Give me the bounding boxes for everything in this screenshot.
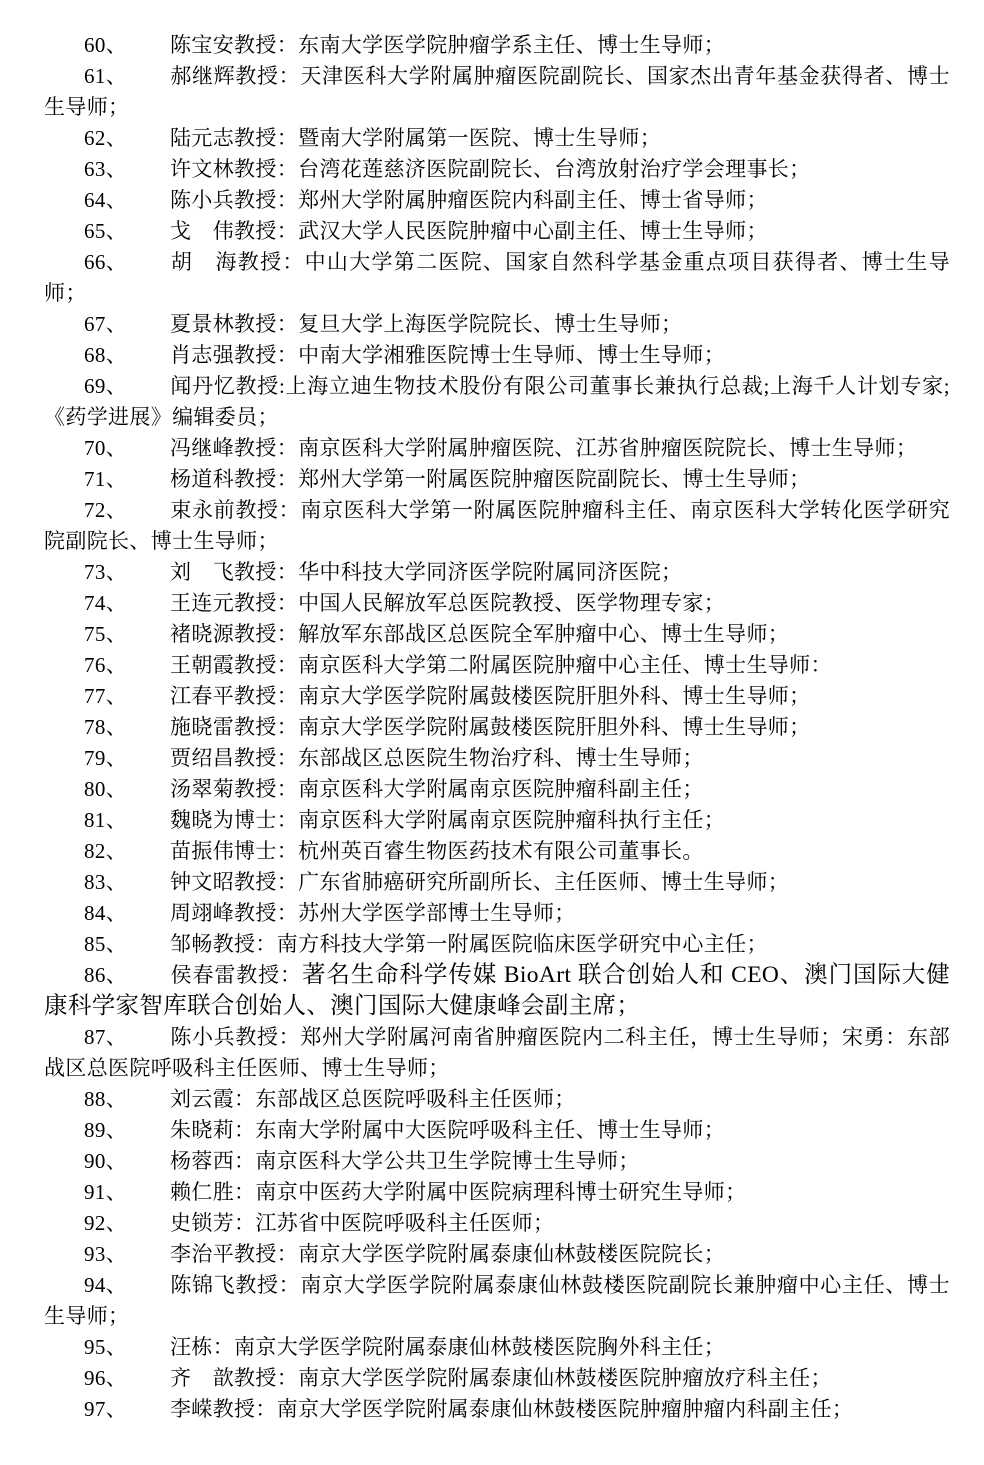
item-text-part: 侯春雷教授： xyxy=(170,963,302,987)
item-number: 65、 xyxy=(84,216,170,247)
item-number: 74、 xyxy=(84,588,170,619)
item-text-part: 赖仁胜：南京中医药大学附属中医院病理科博士研究生导师； xyxy=(170,1180,746,1204)
item-text: 陈锦飞教授：南京大学医学院附属泰康仙林鼓楼医院副院长兼肿瘤中心主任、博士生导师； xyxy=(44,1273,950,1328)
item-number: 76、 xyxy=(84,650,170,681)
list-item: 82、苗振伟博士：杭州英百睿生物医药技术有限公司董事长。 xyxy=(44,836,950,867)
item-number: 70、 xyxy=(84,433,170,464)
item-text: 江春平教授：南京大学医学院附属鼓楼医院肝胆外科、博士生导师； xyxy=(170,684,811,708)
item-number: 69、 xyxy=(84,371,170,402)
item-number: 81、 xyxy=(84,805,170,836)
list-item: 75、褚晓源教授：解放军东部战区总医院全军肿瘤中心、博士生导师； xyxy=(44,619,950,650)
item-text-part: 李嵘教授：南京大学医学院附属泰康仙林鼓楼医院肿瘤肿瘤内科副主任； xyxy=(170,1397,853,1421)
item-text-part: 冯继峰教授：南京医科大学附属肿瘤医院、江苏省肿瘤医院院长、博士生导师； xyxy=(170,436,917,460)
item-text-part: 褚晓源教授：解放军东部战区总医院全军肿瘤中心、博士生导师； xyxy=(170,622,789,646)
item-text: 苗振伟博士：杭州英百睿生物医药技术有限公司董事长。 xyxy=(170,839,704,863)
item-text-part: 戈 伟教授：武汉大学人民医院肿瘤中心副主任、博士生导师； xyxy=(170,219,768,243)
list-item: 83、钟文昭教授：广东省肺癌研究所副所长、主任医师、博士生导师； xyxy=(44,867,950,898)
item-text-part: 肖志强教授：中南大学湘雅医院博士生导师、博士生导师； xyxy=(170,343,725,367)
item-text: 陈宝安教授：东南大学医学院肿瘤学系主任、博士生导师； xyxy=(170,33,725,57)
item-number: 85、 xyxy=(84,929,170,960)
item-text-part: 陆元志教授：暨南大学附属第一医院、博士生导师； xyxy=(170,126,661,150)
list-item: 70、冯继峰教授：南京医科大学附属肿瘤医院、江苏省肿瘤医院院长、博士生导师； xyxy=(44,433,950,464)
item-text: 侯春雷教授：著名生命科学传媒 BioArt 联合创始人和 CEO、澳门国际大健康… xyxy=(44,963,950,1018)
document-page: 60、陈宝安教授：东南大学医学院肿瘤学系主任、博士生导师； 61、郝继辉教授：天… xyxy=(0,0,984,1465)
list-item: 74、王连元教授：中国人民解放军总医院教授、医学物理专家； xyxy=(44,588,950,619)
item-text-part: 汪栋：南京大学医学院附属泰康仙林鼓楼医院胸外科主任； xyxy=(170,1335,725,1359)
item-text: 史锁芳：江苏省中医院呼吸科主任医师； xyxy=(170,1211,554,1235)
list-item: 66、胡 海教授：中山大学第二医院、国家自然科学基金重点项目获得者、博士生导师； xyxy=(44,247,950,309)
item-text-part: 杨蓉西：南京医科大学公共卫生学院博士生导师； xyxy=(170,1149,640,1173)
item-text-part: 许文林教授：台湾花莲慈济医院副院长、台湾放射治疗学会理事长； xyxy=(170,157,811,181)
item-number: 91、 xyxy=(84,1177,170,1208)
item-text-part: 施晓雷教授：南京大学医学院附属鼓楼医院肝胆外科、博士生导师； xyxy=(170,715,811,739)
item-text: 陈小兵教授：郑州大学附属肿瘤医院内科副主任、博士省导师； xyxy=(170,188,768,212)
item-text: 冯继峰教授：南京医科大学附属肿瘤医院、江苏省肿瘤医院院长、博士生导师； xyxy=(170,436,917,460)
item-text-part: 魏晓为博士：南京医科大学附属南京医院肿瘤科执行主任； xyxy=(170,808,725,832)
item-text: 许文林教授：台湾花莲慈济医院副院长、台湾放射治疗学会理事长； xyxy=(170,157,811,181)
item-number: 97、 xyxy=(84,1394,170,1425)
item-number: 78、 xyxy=(84,712,170,743)
list-item: 69、闻丹忆教授:上海立迪生物技术股份有限公司董事长兼执行总裁;上海千人计划专家… xyxy=(44,371,950,433)
item-number: 88、 xyxy=(84,1084,170,1115)
item-number: 90、 xyxy=(84,1146,170,1177)
item-text-part: 史锁芳：江苏省中医院呼吸科主任医师； xyxy=(170,1211,554,1235)
professor-list: 60、陈宝安教授：东南大学医学院肿瘤学系主任、博士生导师； 61、郝继辉教授：天… xyxy=(44,30,950,1425)
list-item: 86、侯春雷教授：著名生命科学传媒 BioArt 联合创始人和 CEO、澳门国际… xyxy=(44,960,950,1022)
item-number: 66、 xyxy=(84,247,170,278)
item-text: 刘云霞：东部战区总医院呼吸科主任医师； xyxy=(170,1087,576,1111)
item-text: 杨蓉西：南京医科大学公共卫生学院博士生导师； xyxy=(170,1149,640,1173)
list-item: 78、施晓雷教授：南京大学医学院附属鼓楼医院肝胆外科、博士生导师； xyxy=(44,712,950,743)
list-item: 68、肖志强教授：中南大学湘雅医院博士生导师、博士生导师； xyxy=(44,340,950,371)
item-number: 87、 xyxy=(84,1022,170,1053)
item-text-part: 陈小兵教授：郑州大学附属肿瘤医院内科副主任、博士省导师； xyxy=(170,188,768,212)
list-item: 95、汪栋：南京大学医学院附属泰康仙林鼓楼医院胸外科主任； xyxy=(44,1332,950,1363)
item-number: 64、 xyxy=(84,185,170,216)
list-item: 73、刘 飞教授：华中科技大学同济医学院附属同济医院； xyxy=(44,557,950,588)
item-number: 79、 xyxy=(84,743,170,774)
item-number: 61、 xyxy=(84,61,170,92)
item-text-part: 胡 海教授：中山大学第二医院、国家自然科学基金重点项目获得者、博士生导师； xyxy=(44,250,950,305)
list-item: 96、齐 歆教授：南京大学医学院附属泰康仙林鼓楼医院肿瘤放疗科主任； xyxy=(44,1363,950,1394)
list-item: 62、陆元志教授：暨南大学附属第一医院、博士生导师； xyxy=(44,123,950,154)
list-item: 92、史锁芳：江苏省中医院呼吸科主任医师； xyxy=(44,1208,950,1239)
list-item: 84、周翊峰教授：苏州大学医学部博士生导师； xyxy=(44,898,950,929)
item-text: 陈小兵教授：郑州大学附属河南省肿瘤医院内二科主任，博士生导师；宋勇：东部战区总医… xyxy=(44,1025,950,1080)
list-item: 61、郝继辉教授：天津医科大学附属肿瘤医院副院长、国家杰出青年基金获得者、博士生… xyxy=(44,61,950,123)
item-text-part: 汤翠菊教授：南京医科大学附属南京医院肿瘤科副主任； xyxy=(170,777,704,801)
item-text-part: 江春平教授：南京大学医学院附属鼓楼医院肝胆外科、博士生导师； xyxy=(170,684,811,708)
list-item: 91、赖仁胜：南京中医药大学附属中医院病理科博士研究生导师； xyxy=(44,1177,950,1208)
list-item: 79、贾绍昌教授：东部战区总医院生物治疗科、博士生导师； xyxy=(44,743,950,774)
item-text-part: 刘云霞：东部战区总医院呼吸科主任医师； xyxy=(170,1087,576,1111)
item-text: 杨道科教授：郑州大学第一附属医院肿瘤医院副院长、博士生导师； xyxy=(170,467,811,491)
item-number: 73、 xyxy=(84,557,170,588)
item-text: 施晓雷教授：南京大学医学院附属鼓楼医院肝胆外科、博士生导师； xyxy=(170,715,811,739)
list-item: 76、王朝霞教授：南京医科大学第二附属医院肿瘤中心主任、博士生导师： xyxy=(44,650,950,681)
item-text: 王朝霞教授：南京医科大学第二附属医院肿瘤中心主任、博士生导师： xyxy=(170,653,832,677)
item-number: 60、 xyxy=(84,30,170,61)
item-number: 89、 xyxy=(84,1115,170,1146)
item-text-part: 齐 歆教授：南京大学医学院附属泰康仙林鼓楼医院肿瘤放疗科主任； xyxy=(170,1366,832,1390)
item-text: 李嵘教授：南京大学医学院附属泰康仙林鼓楼医院肿瘤肿瘤内科副主任； xyxy=(170,1397,853,1421)
item-text-part: 贾绍昌教授：东部战区总医院生物治疗科、博士生导师； xyxy=(170,746,704,770)
list-item: 80、汤翠菊教授：南京医科大学附属南京医院肿瘤科副主任； xyxy=(44,774,950,805)
item-text-part: 陈小兵教授：郑州大学附属河南省肿瘤医院内二科主任，博士生导师；宋勇：东部战区总医… xyxy=(44,1025,950,1080)
list-item: 77、江春平教授：南京大学医学院附属鼓楼医院肝胆外科、博士生导师； xyxy=(44,681,950,712)
list-item: 97、李嵘教授：南京大学医学院附属泰康仙林鼓楼医院肿瘤肿瘤内科副主任； xyxy=(44,1394,950,1425)
item-text: 汪栋：南京大学医学院附属泰康仙林鼓楼医院胸外科主任； xyxy=(170,1335,725,1359)
item-text: 褚晓源教授：解放军东部战区总医院全军肿瘤中心、博士生导师； xyxy=(170,622,789,646)
item-text-part: 苗振伟博士：杭州英百睿生物医药技术有限公司董事长。 xyxy=(170,839,704,863)
item-number: 95、 xyxy=(84,1332,170,1363)
item-text: 陆元志教授：暨南大学附属第一医院、博士生导师； xyxy=(170,126,661,150)
item-text-part: 朱晓莉：东南大学附属中大医院呼吸科主任、博士生导师； xyxy=(170,1118,725,1142)
item-text: 肖志强教授：中南大学湘雅医院博士生导师、博士生导师； xyxy=(170,343,725,367)
item-text-part: 闻丹忆教授:上海立迪生物技术股份有限公司董事长兼执行总裁;上海千人计划专家;《药… xyxy=(44,374,950,429)
item-text: 戈 伟教授：武汉大学人民医院肿瘤中心副主任、博士生导师； xyxy=(170,219,768,243)
item-number: 86、 xyxy=(84,960,170,991)
item-number: 67、 xyxy=(84,309,170,340)
item-text-part: 周翊峰教授：苏州大学医学部博士生导师； xyxy=(170,901,576,925)
item-text-part: 束永前教授：南京医科大学第一附属医院肿瘤科主任、南京医科大学转化医学研究院副院长… xyxy=(44,498,950,553)
item-text-part: 刘 飞教授：华中科技大学同济医学院附属同济医院； xyxy=(170,560,682,584)
item-number: 80、 xyxy=(84,774,170,805)
item-text: 齐 歆教授：南京大学医学院附属泰康仙林鼓楼医院肿瘤放疗科主任； xyxy=(170,1366,832,1390)
item-text: 夏景林教授：复旦大学上海医学院院长、博士生导师； xyxy=(170,312,682,336)
list-item: 88、刘云霞：东部战区总医院呼吸科主任医师； xyxy=(44,1084,950,1115)
item-text: 朱晓莉：东南大学附属中大医院呼吸科主任、博士生导师； xyxy=(170,1118,725,1142)
item-text: 胡 海教授：中山大学第二医院、国家自然科学基金重点项目获得者、博士生导师； xyxy=(44,250,950,305)
list-item: 63、许文林教授：台湾花莲慈济医院副院长、台湾放射治疗学会理事长； xyxy=(44,154,950,185)
item-text: 郝继辉教授：天津医科大学附属肿瘤医院副院长、国家杰出青年基金获得者、博士生导师； xyxy=(44,64,950,119)
item-text: 赖仁胜：南京中医药大学附属中医院病理科博士研究生导师； xyxy=(170,1180,746,1204)
item-text-part: 钟文昭教授：广东省肺癌研究所副所长、主任医师、博士生导师； xyxy=(170,870,789,894)
item-text-part: 陈宝安教授：东南大学医学院肿瘤学系主任、博士生导师； xyxy=(170,33,725,57)
item-text: 李治平教授：南京大学医学院附属泰康仙林鼓楼医院院长； xyxy=(170,1242,725,1266)
list-item: 89、朱晓莉：东南大学附属中大医院呼吸科主任、博士生导师； xyxy=(44,1115,950,1146)
list-item: 64、陈小兵教授：郑州大学附属肿瘤医院内科副主任、博士省导师； xyxy=(44,185,950,216)
item-text-part: 王朝霞教授：南京医科大学第二附属医院肿瘤中心主任、博士生导师： xyxy=(170,653,832,677)
item-number: 75、 xyxy=(84,619,170,650)
item-number: 82、 xyxy=(84,836,170,867)
list-item: 94、陈锦飞教授：南京大学医学院附属泰康仙林鼓楼医院副院长兼肿瘤中心主任、博士生… xyxy=(44,1270,950,1332)
item-text: 束永前教授：南京医科大学第一附属医院肿瘤科主任、南京医科大学转化医学研究院副院长… xyxy=(44,498,950,553)
list-item: 87、陈小兵教授：郑州大学附属河南省肿瘤医院内二科主任，博士生导师；宋勇：东部战… xyxy=(44,1022,950,1084)
item-text-part: 王连元教授：中国人民解放军总医院教授、医学物理专家； xyxy=(170,591,725,615)
item-text: 闻丹忆教授:上海立迪生物技术股份有限公司董事长兼执行总裁;上海千人计划专家;《药… xyxy=(44,374,950,429)
item-text: 贾绍昌教授：东部战区总医院生物治疗科、博士生导师； xyxy=(170,746,704,770)
list-item: 81、魏晓为博士：南京医科大学附属南京医院肿瘤科执行主任； xyxy=(44,805,950,836)
list-item: 65、戈 伟教授：武汉大学人民医院肿瘤中心副主任、博士生导师； xyxy=(44,216,950,247)
item-text-part: 杨道科教授：郑州大学第一附属医院肿瘤医院副院长、博士生导师； xyxy=(170,467,811,491)
item-number: 93、 xyxy=(84,1239,170,1270)
item-text-part: 郝继辉教授：天津医科大学附属肿瘤医院副院长、国家杰出青年基金获得者、博士生导师； xyxy=(44,64,950,119)
item-number: 96、 xyxy=(84,1363,170,1394)
item-number: 71、 xyxy=(84,464,170,495)
item-number: 63、 xyxy=(84,154,170,185)
item-text: 邹畅教授：南方科技大学第一附属医院临床医学研究中心主任； xyxy=(170,932,768,956)
item-number: 72、 xyxy=(84,495,170,526)
item-number: 94、 xyxy=(84,1270,170,1301)
item-text: 王连元教授：中国人民解放军总医院教授、医学物理专家； xyxy=(170,591,725,615)
item-text: 钟文昭教授：广东省肺癌研究所副所长、主任医师、博士生导师； xyxy=(170,870,789,894)
item-text-part: 陈锦飞教授：南京大学医学院附属泰康仙林鼓楼医院副院长兼肿瘤中心主任、博士生导师； xyxy=(44,1273,950,1328)
list-item: 72、束永前教授：南京医科大学第一附属医院肿瘤科主任、南京医科大学转化医学研究院… xyxy=(44,495,950,557)
item-text: 周翊峰教授：苏州大学医学部博士生导师； xyxy=(170,901,576,925)
item-number: 77、 xyxy=(84,681,170,712)
item-text-part: 邹畅教授：南方科技大学第一附属医院临床医学研究中心主任； xyxy=(170,932,768,956)
list-item: 90、杨蓉西：南京医科大学公共卫生学院博士生导师； xyxy=(44,1146,950,1177)
item-number: 62、 xyxy=(84,123,170,154)
item-number: 92、 xyxy=(84,1208,170,1239)
item-number: 84、 xyxy=(84,898,170,929)
list-item: 93、李治平教授：南京大学医学院附属泰康仙林鼓楼医院院长； xyxy=(44,1239,950,1270)
list-item: 71、杨道科教授：郑州大学第一附属医院肿瘤医院副院长、博士生导师； xyxy=(44,464,950,495)
item-text: 刘 飞教授：华中科技大学同济医学院附属同济医院； xyxy=(170,560,682,584)
item-text: 汤翠菊教授：南京医科大学附属南京医院肿瘤科副主任； xyxy=(170,777,704,801)
list-item: 85、邹畅教授：南方科技大学第一附属医院临床医学研究中心主任； xyxy=(44,929,950,960)
item-text-part: 李治平教授：南京大学医学院附属泰康仙林鼓楼医院院长； xyxy=(170,1242,725,1266)
item-number: 83、 xyxy=(84,867,170,898)
item-number: 68、 xyxy=(84,340,170,371)
item-text-part: 夏景林教授：复旦大学上海医学院院长、博士生导师； xyxy=(170,312,682,336)
list-item: 60、陈宝安教授：东南大学医学院肿瘤学系主任、博士生导师； xyxy=(44,30,950,61)
list-item: 67、夏景林教授：复旦大学上海医学院院长、博士生导师； xyxy=(44,309,950,340)
item-text: 魏晓为博士：南京医科大学附属南京医院肿瘤科执行主任； xyxy=(170,808,725,832)
